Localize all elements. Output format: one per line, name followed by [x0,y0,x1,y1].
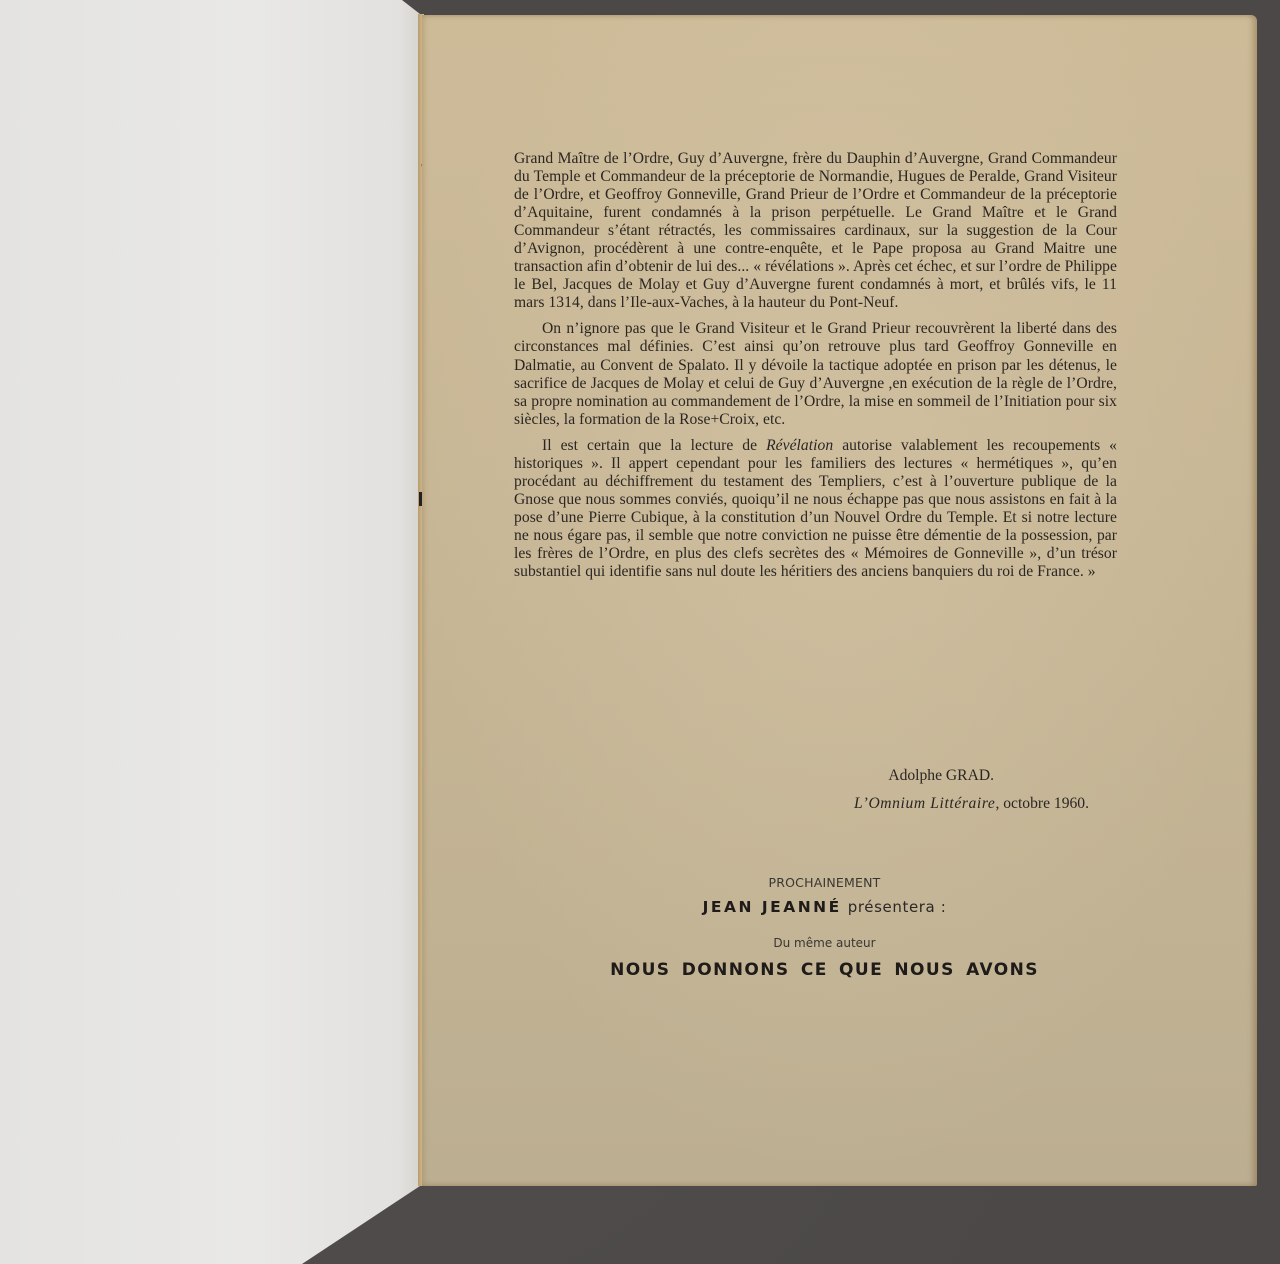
presenter-verb: présentera : [848,898,947,916]
paragraph-text: On n’ignore pas que le Grand Visiteur et… [514,320,1117,427]
body-text: Grand Maître de l’Ordre, Guy d’Auvergne,… [514,150,1117,581]
italic-title: Révélation [766,437,833,454]
publication-name: L’Omnium Littéraire [854,795,996,812]
signature-source: L’Omnium Littéraire, octobre 1960. [514,795,1117,813]
paragraph-text: autorise valablement les recoupements « … [514,437,1117,580]
printed-page: Grand Maître de l’Ordre, Guy d’Auvergne,… [422,15,1257,1186]
publication-date: , octobre 1960. [995,795,1089,812]
body-paragraph: On n’ignore pas que le Grand Visiteur et… [514,320,1117,428]
book-title: NOUS DONNONS CE QUE NOUS AVONS [552,960,1097,980]
presenter-name: JEAN JEANNÉ [703,898,842,916]
signature-author: Adolphe GRAD. [514,767,1117,791]
body-paragraph: Grand Maître de l’Ordre, Guy d’Auvergne,… [514,150,1117,312]
paragraph-text: Grand Maître de l’Ordre, Guy d’Auvergne,… [514,150,1117,311]
announcement-soon: PROCHAINEMENT [552,875,1097,890]
body-paragraph: Il est certain que la lecture de Révélat… [514,437,1117,581]
signature-block: Adolphe GRAD. L’Omnium Littéraire, octob… [514,767,1117,813]
paragraph-text: Il est certain que la lecture de [542,437,766,454]
left-blank-page [0,0,420,1264]
same-author-label: Du même auteur [552,936,1097,950]
announcement-block: PROCHAINEMENT JEAN JEANNÉprésentera : Du… [552,875,1097,980]
announcement-presenter: JEAN JEANNÉprésentera : [552,898,1097,916]
